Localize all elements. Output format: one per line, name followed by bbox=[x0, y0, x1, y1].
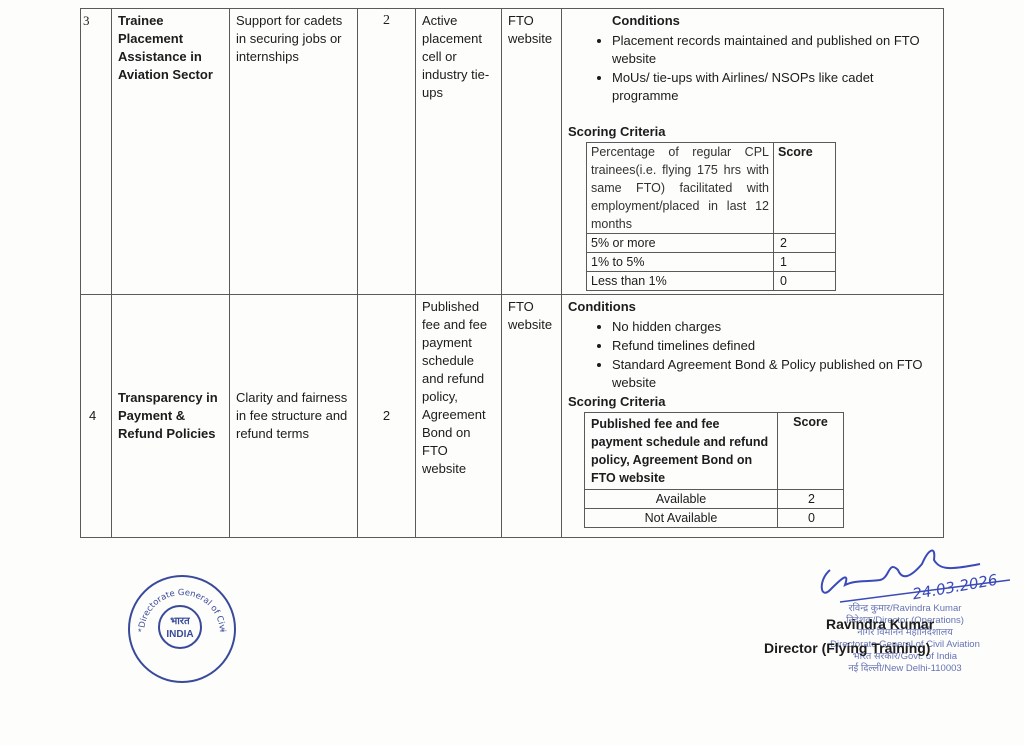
conditions-title: Conditions bbox=[568, 12, 937, 30]
scoring-row: Available 2 bbox=[585, 490, 844, 509]
condition-item: Refund timelines defined bbox=[612, 337, 937, 355]
scoring-criterion: 5% or more bbox=[587, 234, 774, 253]
scoring-value: 2 bbox=[778, 490, 844, 509]
scoring-value: 0 bbox=[774, 272, 836, 291]
scoring-header-criterion: Published fee and fee payment schedule a… bbox=[585, 413, 778, 490]
max-score: 2 bbox=[358, 295, 416, 538]
signatory-designation: Director (Flying Training) bbox=[764, 640, 930, 656]
condition-item: No hidden charges bbox=[612, 318, 937, 336]
verification-source: FTO website bbox=[502, 9, 562, 295]
stamp-line: नई दिल्ली/New Delhi-110003 bbox=[805, 663, 1005, 675]
scoring-table: Percentage of regular CPL trainees(i.e. … bbox=[586, 142, 836, 291]
condition-item: Placement records maintained and publish… bbox=[612, 32, 937, 68]
table-row: 3 Trainee Placement Assistance in Aviati… bbox=[81, 9, 944, 295]
official-stamp: रविन्द्र कुमार/Ravindra Kumar निदेशक/Dir… bbox=[805, 603, 1005, 675]
evidence: Published fee and fee payment schedule a… bbox=[416, 295, 502, 538]
row-number: 4 bbox=[81, 295, 112, 538]
scoring-criterion: Available bbox=[585, 490, 778, 509]
scoring-table: Published fee and fee payment schedule a… bbox=[584, 412, 844, 528]
parameter-name: Trainee Placement Assistance in Aviation… bbox=[112, 9, 230, 295]
svg-text:*: * bbox=[221, 627, 225, 637]
scoring-row: 1% to 5% 1 bbox=[587, 253, 836, 272]
scoring-criterion: Not Available bbox=[585, 509, 778, 528]
conditions-title: Conditions bbox=[568, 298, 937, 316]
dgca-seal: Directorate General of Civil Aviation * … bbox=[128, 575, 236, 683]
criteria-cell: Conditions No hidden charges Refund time… bbox=[562, 295, 944, 538]
svg-text:*: * bbox=[138, 627, 142, 637]
document-page: 3 Trainee Placement Assistance in Aviati… bbox=[0, 0, 1024, 746]
scoring-header-score: Score bbox=[778, 413, 844, 490]
parameter-name: Transparency in Payment & Refund Policie… bbox=[112, 295, 230, 538]
table-row: 4 Transparency in Payment & Refund Polic… bbox=[81, 295, 944, 538]
seal-center: भारत INDIA bbox=[158, 605, 202, 649]
condition-item: Standard Agreement Bond & Policy publish… bbox=[612, 356, 937, 392]
signature-block: 24.03.2026 रविन्द्र कुमार/Ravindra Kumar… bbox=[760, 540, 1020, 690]
scoring-criterion: 1% to 5% bbox=[587, 253, 774, 272]
criteria-table: 3 Trainee Placement Assistance in Aviati… bbox=[80, 8, 944, 538]
scoring-header-score: Score bbox=[774, 143, 836, 234]
seal-inner-hindi: भारत bbox=[160, 615, 200, 628]
condition-item: MoUs/ tie-ups with Airlines/ NSOPs like … bbox=[612, 69, 937, 105]
scoring-value: 0 bbox=[778, 509, 844, 528]
scoring-criteria-title: Scoring Criteria bbox=[568, 393, 937, 411]
signatory-name: Ravindra Kumar bbox=[826, 616, 934, 632]
scoring-value: 2 bbox=[774, 234, 836, 253]
parameter-description: Support for cadets in securing jobs or i… bbox=[230, 9, 358, 295]
scoring-header-criterion: Percentage of regular CPL trainees(i.e. … bbox=[587, 143, 774, 234]
stamp-line: रविन्द्र कुमार/Ravindra Kumar bbox=[805, 603, 1005, 615]
verification-source: FTO website bbox=[502, 295, 562, 538]
scoring-criteria-title: Scoring Criteria bbox=[568, 123, 937, 141]
scoring-criterion: Less than 1% bbox=[587, 272, 774, 291]
scoring-row: Not Available 0 bbox=[585, 509, 844, 528]
row-number: 3 bbox=[81, 9, 112, 295]
parameter-description: Clarity and fairness in fee structure an… bbox=[230, 295, 358, 538]
max-score: 2 bbox=[358, 9, 416, 295]
evidence: Active placement cell or industry tie-up… bbox=[416, 9, 502, 295]
criteria-cell: Conditions Placement records maintained … bbox=[562, 9, 944, 295]
conditions-list: Placement records maintained and publish… bbox=[568, 32, 937, 105]
seal-inner-english: INDIA bbox=[160, 628, 200, 641]
scoring-value: 1 bbox=[774, 253, 836, 272]
scoring-row: Less than 1% 0 bbox=[587, 272, 836, 291]
conditions-list: No hidden charges Refund timelines defin… bbox=[568, 318, 937, 392]
scoring-row: 5% or more 2 bbox=[587, 234, 836, 253]
